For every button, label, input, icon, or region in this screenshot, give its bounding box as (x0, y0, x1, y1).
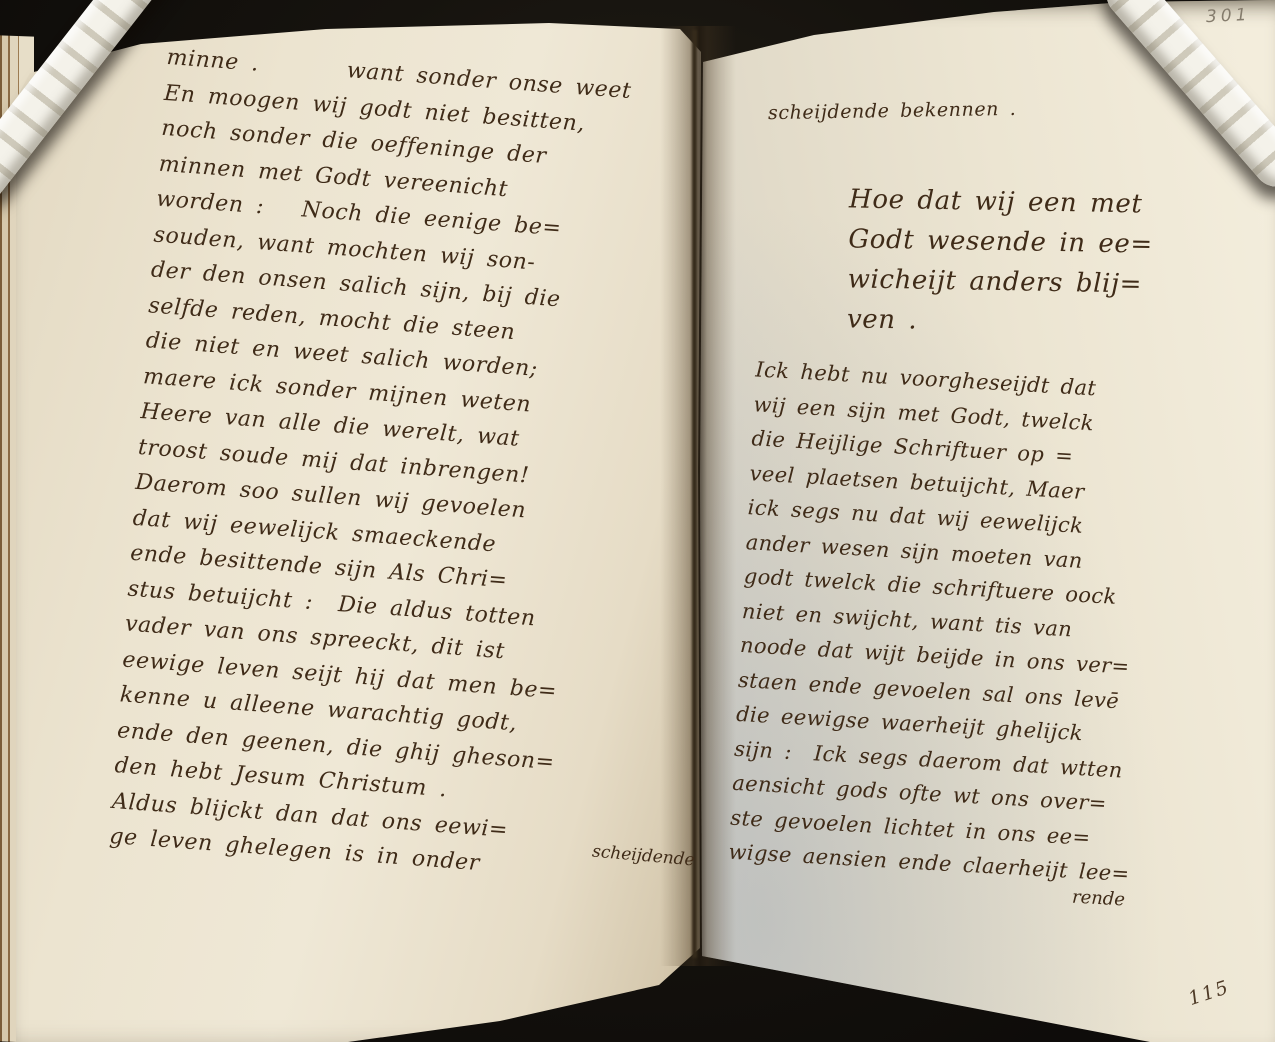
manuscript-photo: minne . want sonder onse weet En moogen … (0, 0, 1275, 1042)
left-page-text: minne . want sonder onse weet En moogen … (108, 40, 714, 894)
heading-line: wicheijt anders blij= (847, 259, 1152, 304)
right-page-first-line: scheijdende bekennen . (768, 98, 1017, 124)
heading-line: ven . (847, 299, 1152, 344)
right-page-text: Ick hebt nu voorgheseijdt dat wij een si… (728, 352, 1226, 895)
folio-number-pencil: 301 (1206, 5, 1251, 27)
right-page-chapter-heading: Hoe dat wij een met Godt wesende in ee= … (847, 179, 1154, 344)
heading-line: Hoe dat wij een met (849, 179, 1154, 224)
right-page-catchword: rende (1071, 887, 1125, 911)
heading-line: Godt wesende in ee= (848, 219, 1153, 264)
